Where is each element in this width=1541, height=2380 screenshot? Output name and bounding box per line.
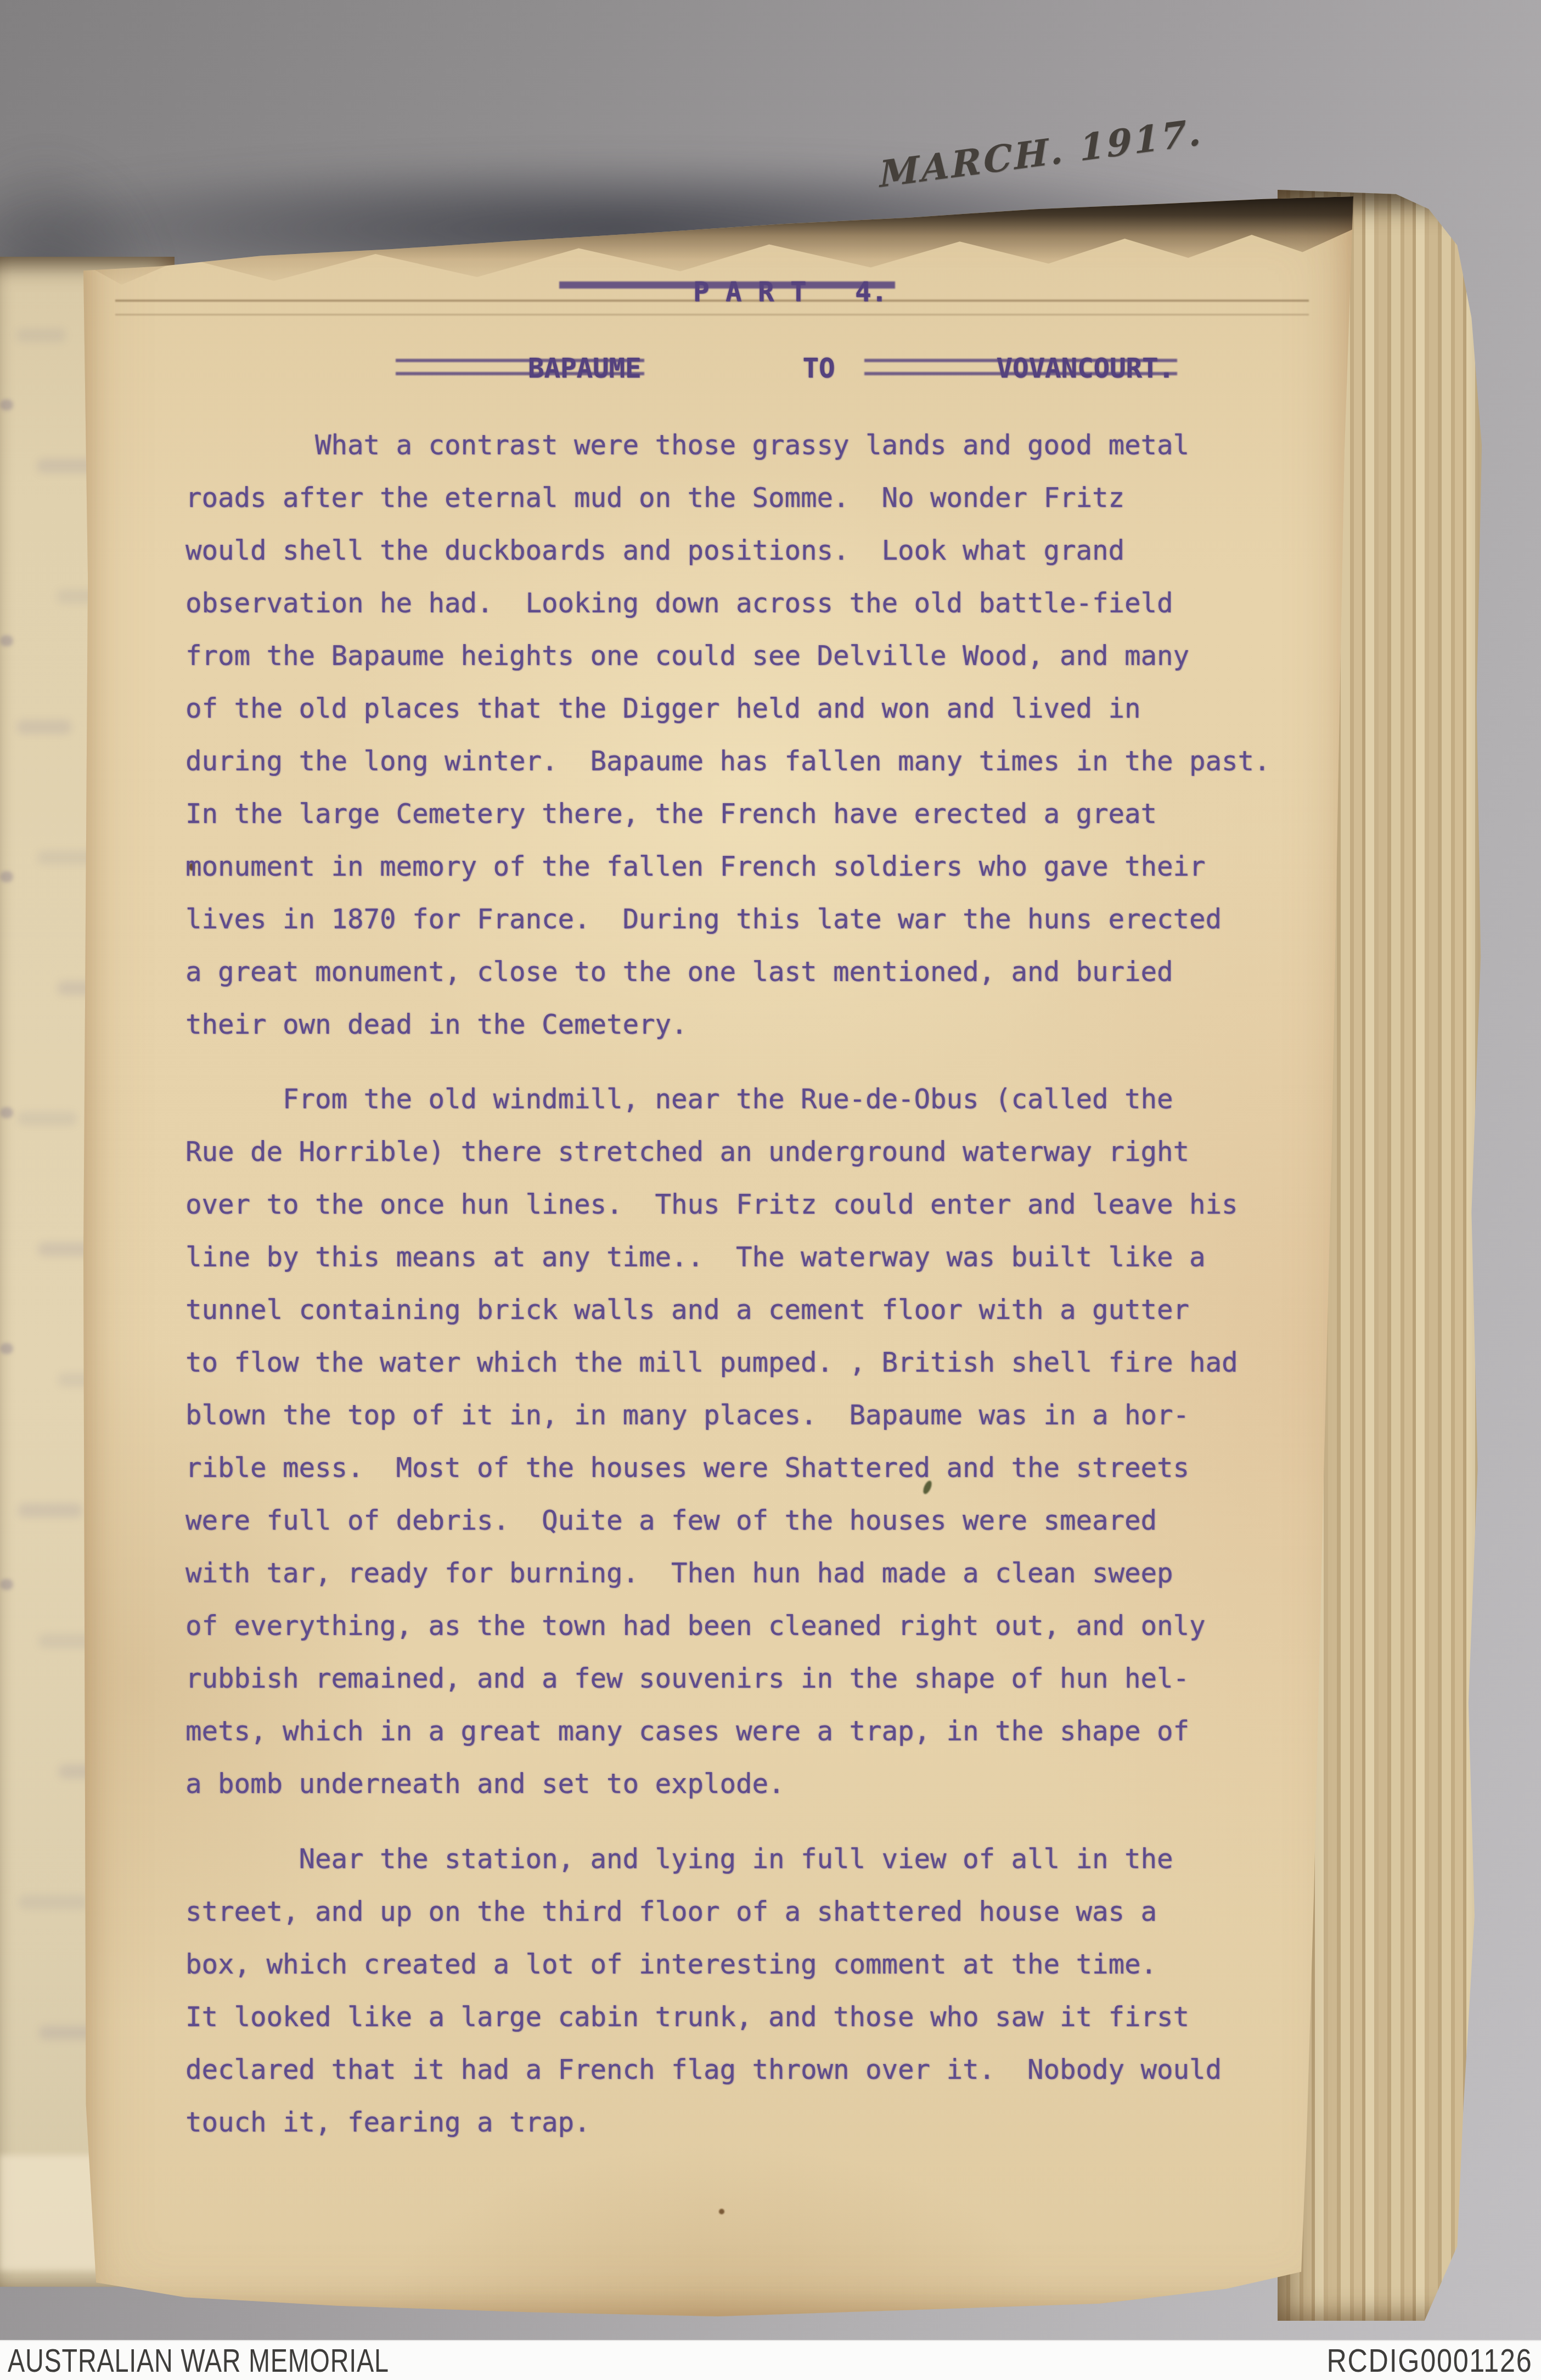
- bleed-through-smudge: [18, 1503, 82, 1518]
- typed-line: their own dead in the Cemetery.: [185, 999, 1270, 1051]
- title-word-bapaume: BAPAUME: [528, 353, 642, 384]
- bleed-through-smudge: [16, 328, 66, 342]
- paper-speck: [719, 2209, 724, 2214]
- typed-line: rubbish remained, and a few souvenirs in…: [185, 1653, 1270, 1705]
- typed-line: observation he had. Looking down across …: [185, 577, 1270, 630]
- typed-line: from the Bapaume heights one could see D…: [185, 630, 1270, 683]
- part-heading-underline: [559, 281, 895, 289]
- title-word-to: TO: [803, 353, 835, 384]
- typed-line: Rue de Horrible) there stretched an unde…: [185, 1126, 1270, 1178]
- title-underline: [396, 359, 644, 362]
- bleed-through-smudge: [19, 1895, 88, 1909]
- bleed-through-fragment: [0, 399, 13, 410]
- typed-line: with tar, ready for burning. Then hun ha…: [185, 1547, 1270, 1600]
- typed-line: rible mess. Most of the houses were Shat…: [185, 1442, 1270, 1494]
- bleed-through-fragment: [0, 1579, 13, 1590]
- typed-line: blown the top of it in, in many places. …: [185, 1389, 1270, 1442]
- scanned-document: P A R T 4. BAPAUME TO VOVANCOURT. What a…: [0, 0, 1541, 2380]
- typed-line: monument in memory of the fallen French …: [185, 841, 1270, 893]
- typed-line: box, which created a lot of interesting …: [185, 1938, 1270, 1991]
- title-word-vovancourt: VOVANCOURT.: [997, 353, 1175, 384]
- archive-footer-bar: AUSTRALIAN WAR MEMORIAL RCDIG0001126: [0, 2340, 1541, 2380]
- archive-reference-id: RCDIG0001126: [1326, 2342, 1532, 2379]
- typed-line: Near the station, and lying in full view…: [185, 1833, 1270, 1886]
- typed-line: street, and up on the third floor of a s…: [185, 1886, 1270, 1938]
- typed-line: In the large Cemetery there, the French …: [185, 788, 1270, 841]
- bleed-through-fragment: [0, 1343, 13, 1354]
- typed-line: roads after the eternal mud on the Somme…: [185, 472, 1270, 524]
- typed-line: to flow the water which the mill pumped.…: [185, 1336, 1270, 1389]
- document-page: P A R T 4. BAPAUME TO VOVANCOURT. What a…: [83, 196, 1353, 2316]
- typed-line: From the old windmill, near the Rue-de-O…: [185, 1073, 1270, 1126]
- title-underline: [864, 372, 1178, 375]
- typed-line: lives in 1870 for France. During this la…: [185, 893, 1270, 946]
- bleed-through-smudge: [17, 720, 71, 734]
- typed-line: touch it, fearing a trap.: [185, 2096, 1270, 2149]
- typed-line: over to the once hun lines. Thus Fritz c…: [185, 1178, 1270, 1231]
- typed-line: were full of debris. Quite a few of the …: [185, 1494, 1270, 1547]
- bleed-through-fragment: [0, 871, 13, 882]
- bleed-through-fragment: [0, 635, 13, 646]
- typed-line: declared that it had a French flag throw…: [185, 2044, 1270, 2096]
- bleed-through-smudge: [18, 1112, 77, 1126]
- title-underline: [864, 359, 1178, 362]
- typed-line: a bomb underneath and set to explode.: [185, 1758, 1270, 1811]
- typed-line: It looked like a large cabin trunk, and …: [185, 1991, 1270, 2044]
- typed-line: would shell the duckboards and positions…: [185, 524, 1270, 577]
- typed-line: a great monument, close to the one last …: [185, 946, 1270, 999]
- typed-line: during the long winter. Bapaume has fall…: [185, 735, 1270, 788]
- title-underline: [396, 372, 644, 375]
- typed-line: of everything, as the town had been clea…: [185, 1600, 1270, 1653]
- typed-line: What a contrast were those grassy lands …: [185, 419, 1270, 472]
- typed-line: of the old places that the Digger held a…: [185, 683, 1270, 735]
- typed-text-body: What a contrast were those grassy lands …: [185, 419, 1270, 2149]
- archive-name-label: AUSTRALIAN WAR MEMORIAL: [8, 2342, 389, 2379]
- typed-line: mets, which in a great many cases were a…: [185, 1705, 1270, 1758]
- typed-line: line by this means at any time.. The wat…: [185, 1231, 1270, 1284]
- bleed-through-fragment: [0, 1107, 13, 1118]
- typed-line: tunnel containing brick walls and a ceme…: [185, 1284, 1270, 1336]
